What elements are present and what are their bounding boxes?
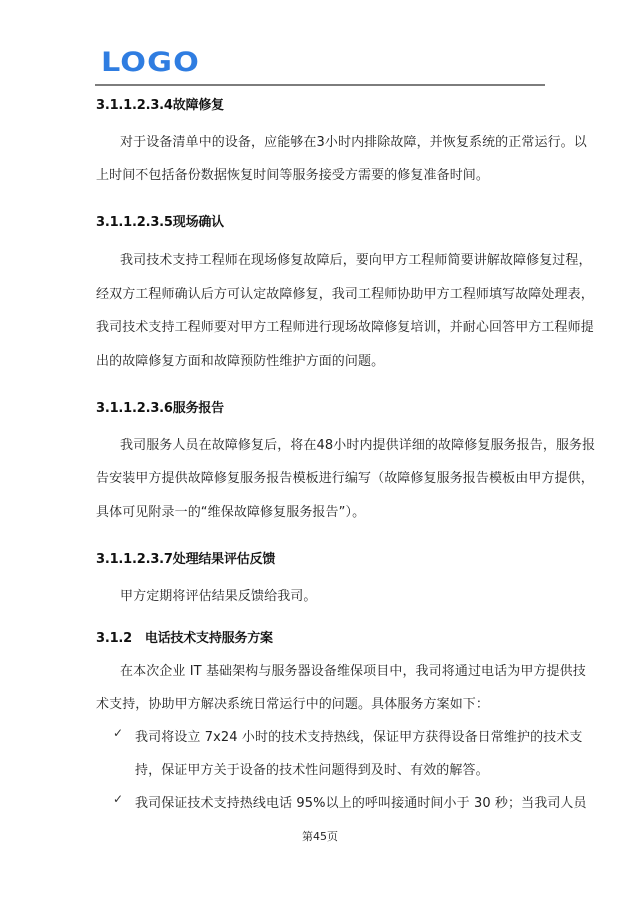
paragraph-line: 我司技术支持工程师在现场修复故障后，要向甲方工程师简要讲解故障修复过程， (120, 249, 592, 268)
document-page: LOGO 3.1.1.2.3.4故障修复 对于设备清单中的设备，应能够在3小时内… (0, 0, 640, 906)
paragraph-line: 出的故障修复方面和故障预防性维护方面的问题。 (96, 350, 384, 369)
bullet-line: 我司将设立 7x24 小时的技术支持热线，保证甲方获得设备日常维护的技术支 (135, 726, 582, 745)
section-heading: 3.1.1.2.3.5现场确认 (96, 211, 224, 230)
paragraph-line: 告安装甲方提供故障修复服务报告模板进行编写（故障修复服务报告模板由甲方提供， (96, 467, 594, 486)
paragraph-line: 甲方定期将评估结果反馈给我司。 (120, 585, 317, 604)
paragraph-line: 在本次企业 IT 基础架构与服务器设备维保项目中，我司将通过电话为甲方提供技 (120, 660, 586, 679)
paragraph-line: 术支持，协助甲方解决系统日常运行中的问题。具体服务方案如下： (96, 693, 489, 712)
header-divider (95, 84, 545, 86)
bullet-line: 我司保证技术支持热线电话 95%以上的呼叫接通时间小于 30 秒；当我司人员 (135, 792, 587, 811)
checkmark-icon: ✓ (113, 792, 123, 806)
bullet-line: 持，保证甲方关于设备的技术性问题得到及时、有效的解答。 (135, 759, 489, 778)
paragraph-line: 我司服务人员在故障修复后，将在48小时内提供详细的故障修复服务报告，服务报 (120, 434, 595, 453)
section-heading: 3.1.1.2.3.7处理结果评估反馈 (96, 548, 275, 567)
section-heading: 3.1.1.2.3.6服务报告 (96, 397, 224, 416)
paragraph-line: 对于设备清单中的设备，应能够在3小时内排除故障，并恢复系统的正常运行。以 (120, 131, 587, 150)
paragraph-line: 我司技术支持工程师要对甲方工程师进行现场故障修复培训，并耐心回答甲方工程师提 (96, 316, 594, 335)
paragraph-line: 经双方工程师确认后方可认定故障修复，我司工程师协助甲方工程师填写故障处理表， (96, 283, 594, 302)
paragraph-line: 具体可见附录一的“维保故障修复服务报告”）。 (96, 501, 365, 520)
section-heading: 3.1.2 电话技术支持服务方案 (96, 627, 273, 646)
company-logo: LOGO (101, 48, 200, 78)
section-heading: 3.1.1.2.3.4故障修复 (96, 94, 224, 113)
paragraph-line: 上时间不包括备份数据恢复时间等服务接受方需要的修复准备时间。 (96, 164, 489, 183)
checkmark-icon: ✓ (113, 726, 123, 740)
page-number: 第45页 (0, 828, 640, 844)
